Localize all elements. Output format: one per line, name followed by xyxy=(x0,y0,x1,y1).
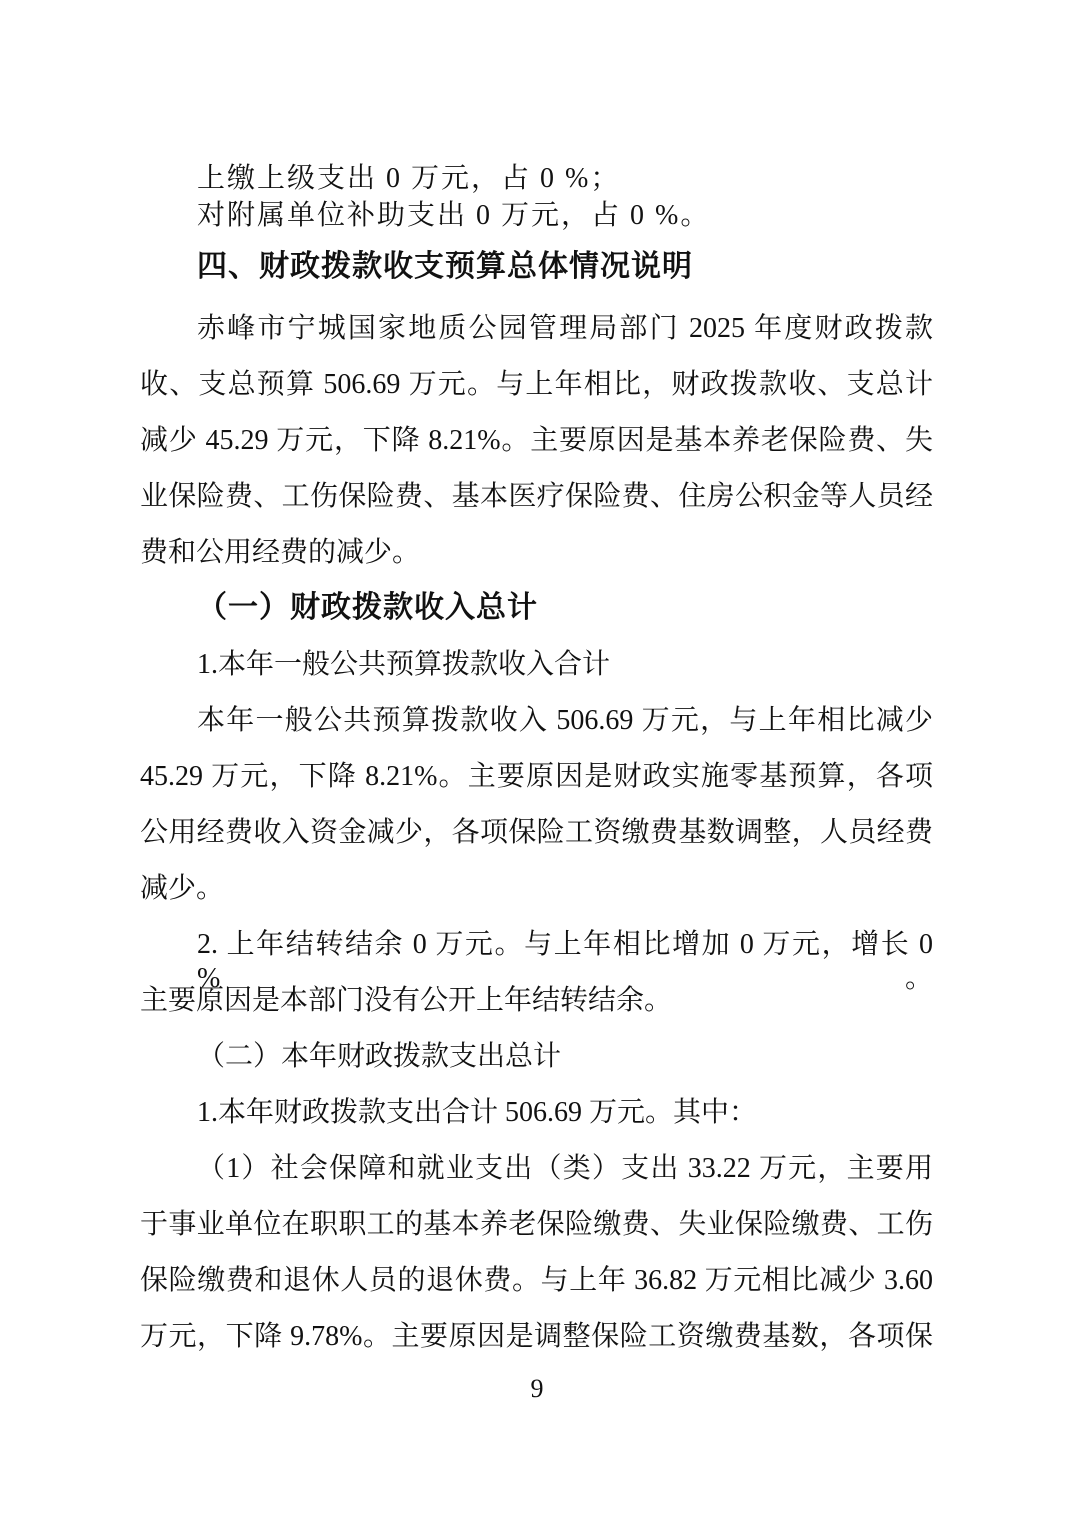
overview-para-line-4: 业保险费、工伤保险费、基本医疗保险费、住房公积金等人员经 xyxy=(140,480,933,514)
carryover-para-line-1: 2. 上年结转结余 0 万元。与上年相比增加 0 万元，增长 0 %。 xyxy=(140,928,933,962)
income-para-line-4: 减少。 xyxy=(140,872,933,906)
expense-item-1-line-1: （1）社会保障和就业支出（类）支出 33.22 万元，主要用 xyxy=(140,1152,933,1186)
expense-item-1-line-3: 保险缴费和退休人员的退休费。与上年 36.82 万元相比减少 3.60 xyxy=(140,1264,933,1298)
carryover-para-line-2: 主要原因是本部门没有公开上年结转结余。 xyxy=(140,984,933,1018)
overview-para-line-3: 减少 45.29 万元，下降 8.21%。主要原因是基本养老保险费、失 xyxy=(140,424,933,458)
income-para-line-2: 45.29 万元，下降 8.21%。主要原因是财政实施零基预算，各项 xyxy=(140,760,933,794)
section-heading-4: 四、财政拨款收支预算总体情况说明 xyxy=(140,249,933,285)
overview-para-line-1: 赤峰市宁城国家地质公园管理局部门 2025 年度财政拨款 xyxy=(140,312,933,346)
expense-item-1-line-4: 万元，下降 9.78%。主要原因是调整保险工资缴费基数，各项保 xyxy=(140,1320,933,1354)
income-item-1-title: 1.本年一般公共预算拨款收入合计 xyxy=(140,648,933,682)
expense-total-line: 1.本年财政拨款支出合计 506.69 万元。其中： xyxy=(140,1096,933,1130)
page-number: 9 xyxy=(0,1374,1074,1404)
subsidy-expense-line: 对附属单位补助支出 0 万元，占 0 %。 xyxy=(140,199,933,233)
document-page: 上缴上级支出 0 万元，占 0 %； 对附属单位补助支出 0 万元，占 0 %。… xyxy=(0,0,1074,1520)
overview-para-line-5: 费和公用经费的减少。 xyxy=(140,536,933,570)
expense-item-1-line-2: 于事业单位在职职工的基本养老保险缴费、失业保险缴费、工伤 xyxy=(140,1208,933,1242)
income-para-line-1: 本年一般公共预算拨款收入 506.69 万元，与上年相比减少 xyxy=(140,704,933,738)
carryover-remit-line: 上缴上级支出 0 万元，占 0 %； xyxy=(140,162,933,196)
subsection-heading-income: （一）财政拨款收入总计 xyxy=(140,591,933,625)
income-para-line-3: 公用经费收入资金减少，各项保险工资缴费基数调整，人员经费 xyxy=(140,816,933,850)
overview-para-line-2: 收、支总预算 506.69 万元。与上年相比，财政拨款收、支总计 xyxy=(140,368,933,402)
subsection-heading-expense: （二）本年财政拨款支出总计 xyxy=(140,1040,933,1074)
